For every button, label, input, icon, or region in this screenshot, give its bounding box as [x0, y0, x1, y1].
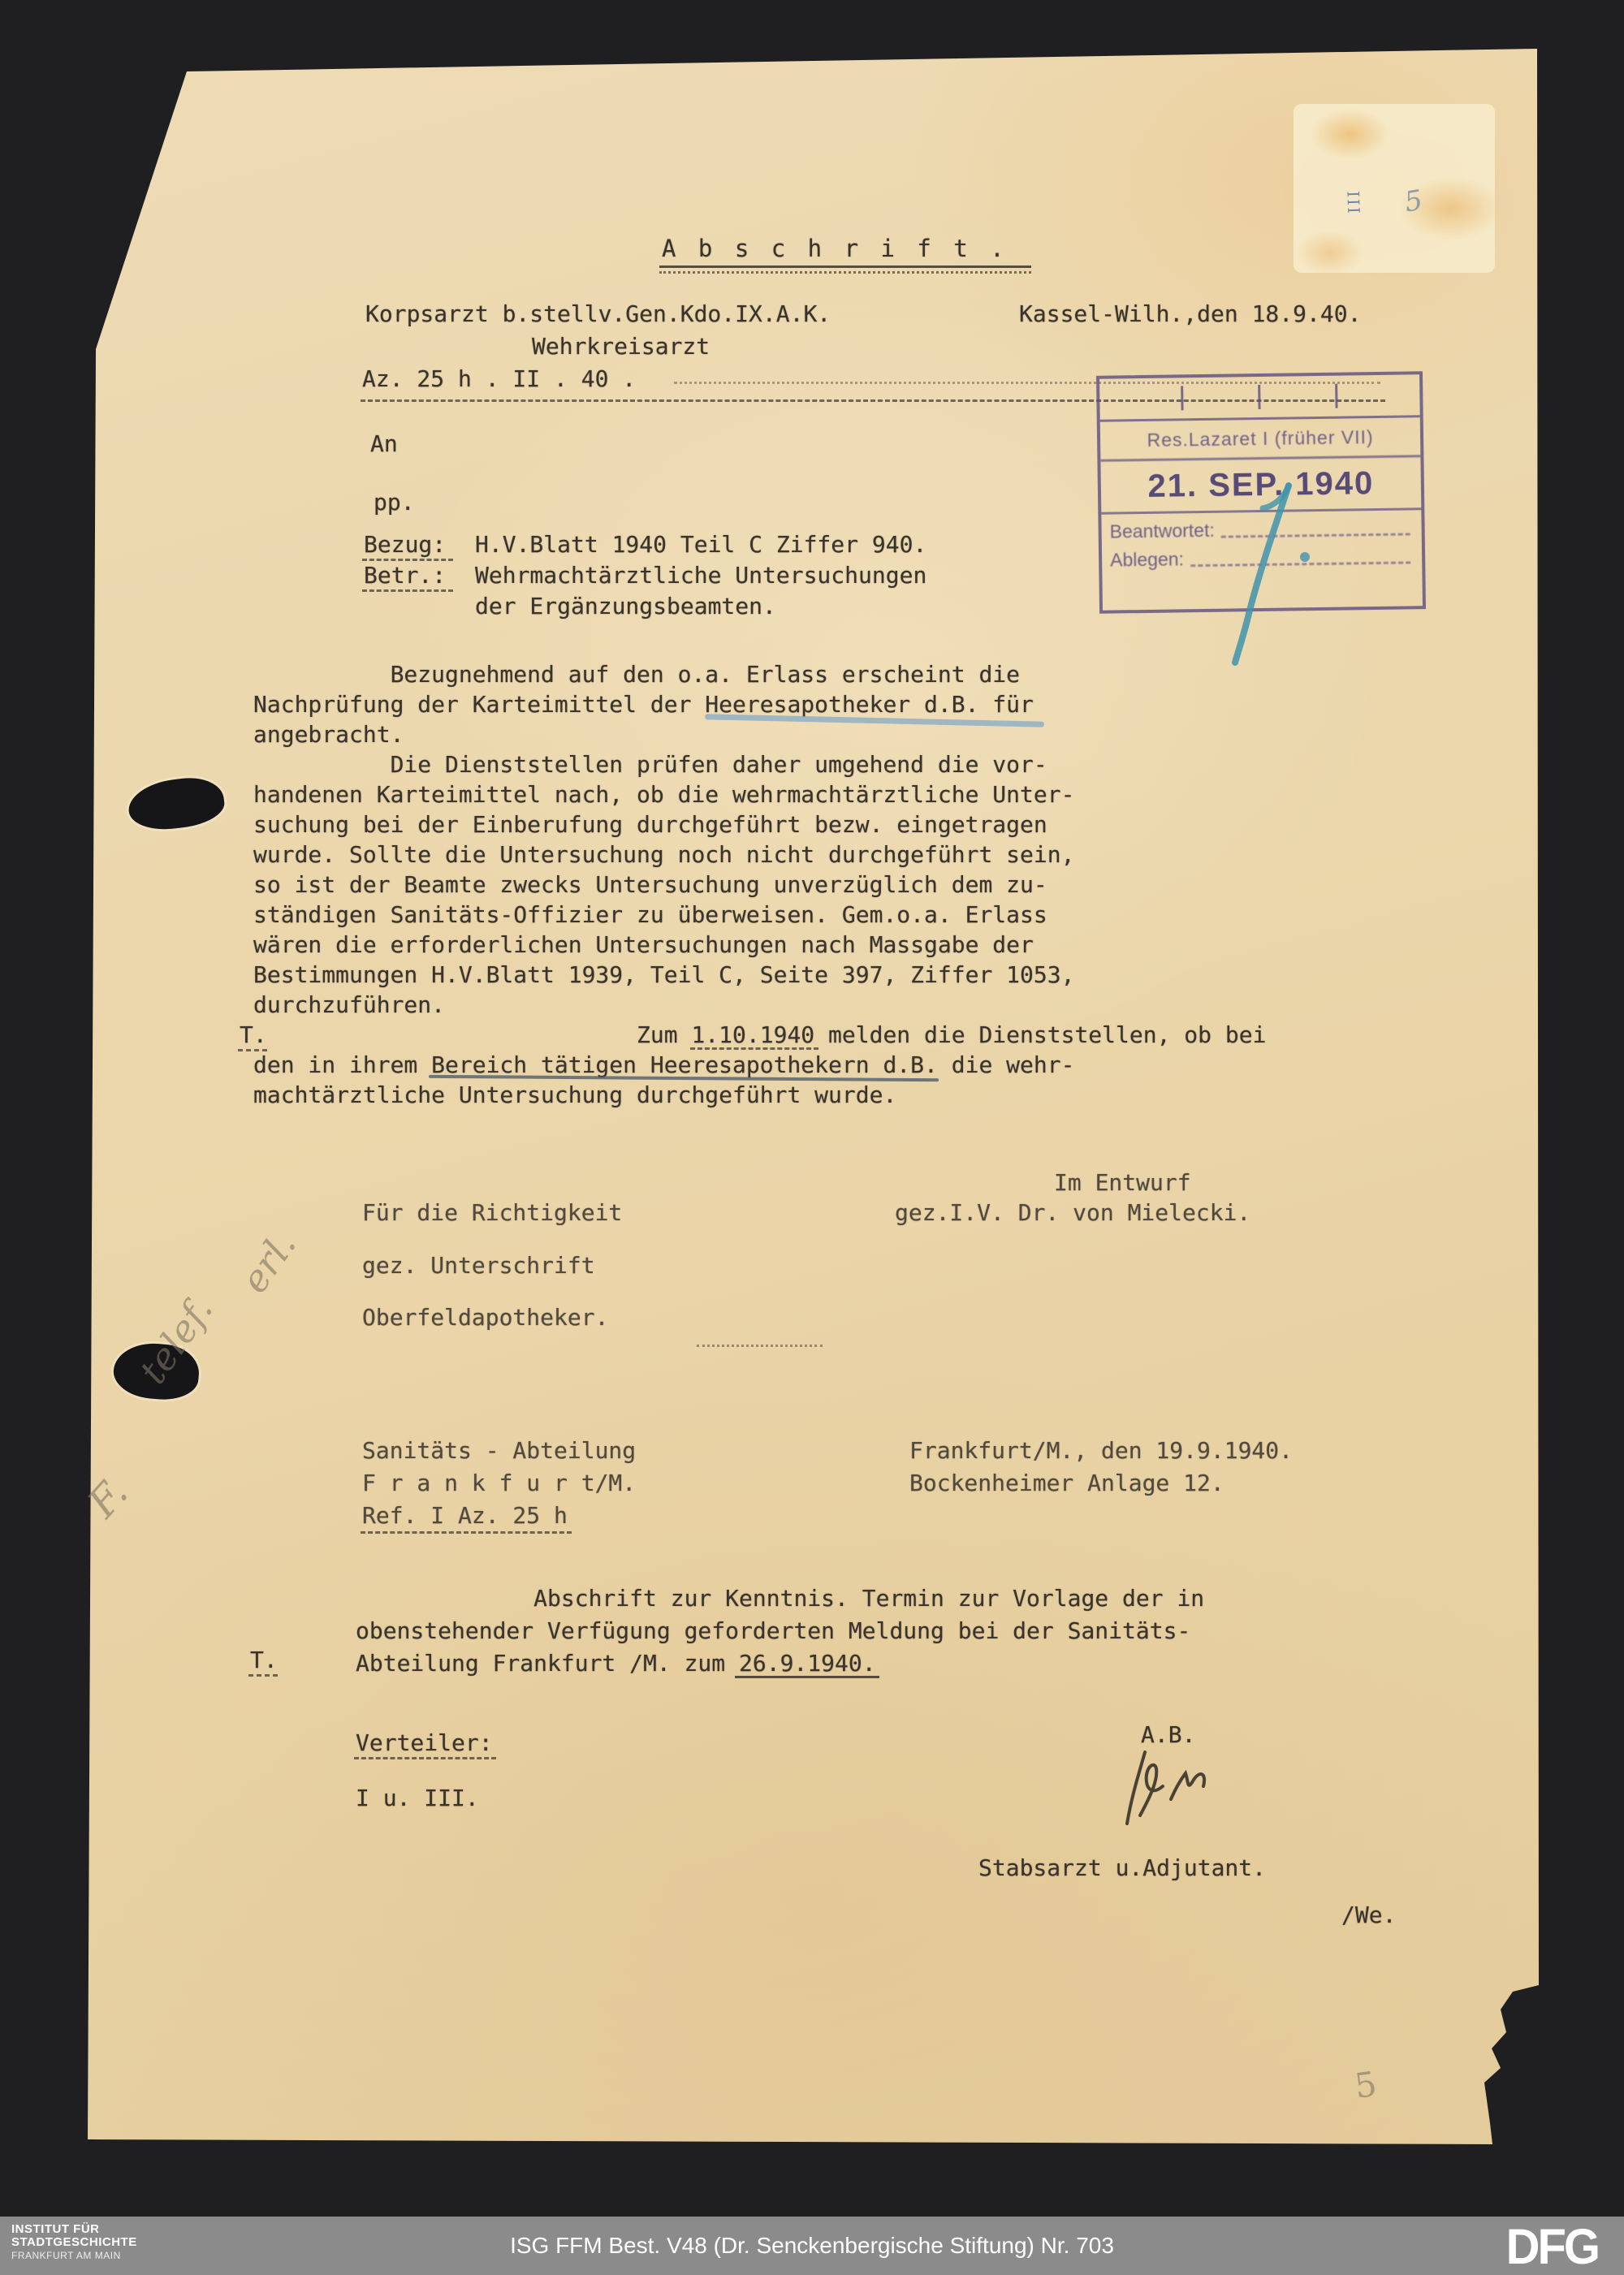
closing-rank: Stabsarzt u.Adjutant.	[978, 1853, 1266, 1883]
termin-date-underline	[735, 1676, 879, 1678]
stamp-ablegen-label: Ablegen:	[1110, 548, 1184, 571]
stamp-beantwortet-label: Beantwortet:	[1109, 520, 1215, 543]
tape-pencil-mark-lines: III	[1343, 191, 1363, 216]
body-line: Nachprüfung der Karteimittel der Heeresa…	[253, 689, 1034, 719]
betr-text2: der Ergänzungsbeamten.	[475, 591, 776, 621]
handwritten-signature	[1104, 1738, 1250, 1843]
verteiler-underline	[354, 1757, 496, 1759]
body-line: machtärztliche Untersuchung durchgeführt…	[253, 1080, 896, 1110]
margin-mark-2: T.	[250, 1645, 278, 1675]
verteiler-label: Verteiler:	[356, 1728, 493, 1758]
gez-mielecki-line: gez.I.V. Dr. von Mielecki.	[895, 1198, 1250, 1228]
body-line: Bezugnehmend auf den o.a. Erlass erschei…	[253, 659, 1020, 689]
archive-reference: ISG FFM Best. V48 (Dr. Senckenbergische …	[0, 2233, 1624, 2259]
stamp-unit-line: Res.Lazaret I (früher VII)	[1100, 417, 1421, 461]
header-office2: Wehrkreisarzt	[532, 331, 710, 361]
address-an: An	[370, 429, 398, 459]
richtigkeit-line: Für die Richtigkeit	[362, 1198, 622, 1228]
blue-pen-checkmark	[1214, 471, 1344, 666]
header-office: Korpsarzt b.stellv.Gen.Kdo.IX.A.K.	[365, 299, 831, 329]
body-line: den in ihrem Bereich tätigen Heeresapoth…	[253, 1050, 1074, 1080]
dept-line3: Ref. I Az. 25 h	[362, 1500, 568, 1530]
body-line: Bestimmungen H.V.Blatt 1939, Teil C, Sei…	[253, 960, 1074, 990]
archive-footer-bar: INSTITUT FÜR STADTGESCHICHTE FRANKFURT A…	[0, 2217, 1624, 2275]
closing-initials: /We.	[1341, 1900, 1396, 1930]
betr-label: Betr.:	[364, 560, 446, 590]
title-underline	[659, 265, 1031, 268]
stamp-tick-row	[1099, 374, 1420, 421]
body-line: suchung bei der Einberufung durchgeführt…	[253, 809, 1047, 840]
betr-text: Wehrmachtärztliche Untersuchungen	[475, 560, 926, 590]
entwurf-label: Im Entwurf	[1054, 1168, 1191, 1198]
stamp-tick	[1181, 386, 1183, 410]
bezug-text: H.V.Blatt 1940 Teil C Ziffer 940.	[475, 529, 926, 559]
dept-line1: Sanitäts - Abteilung	[362, 1435, 636, 1466]
dfg-logo: DFG	[1506, 2218, 1598, 2275]
margin-mark-1-underline	[238, 1049, 267, 1051]
verteiler-value: I u. III.	[356, 1783, 479, 1813]
document-title: A b s c h r i f t .	[662, 234, 1009, 264]
dept-line2: F r a n k f u r t/M.	[362, 1468, 636, 1498]
body-line: Zum 1.10.1940 melden die Dienststellen, …	[253, 1020, 1266, 1050]
body-line: ständigen Sanitäts-Offizier zu überweise…	[253, 900, 1047, 930]
body-line: so ist der Beamte zwecks Untersuchung un…	[253, 870, 1047, 900]
body-line: wurde. Sollte die Untersuchung noch nich…	[253, 840, 1074, 870]
dept-underline	[361, 1531, 572, 1534]
dotted-separator	[697, 1345, 823, 1347]
second-place-date: Frankfurt/M., den 19.9.1940.	[909, 1435, 1293, 1466]
body-line: wären die erforderlichen Untersuchungen …	[253, 930, 1034, 960]
body-line: angebracht.	[253, 719, 404, 749]
betr-underline	[362, 589, 453, 592]
body-line: Die Dienststellen prüfen daher umgehend …	[253, 749, 1047, 779]
second-street: Bockenheimer Anlage 12.	[909, 1468, 1224, 1498]
title-underline-2	[659, 271, 1031, 274]
second-para-line: Abteilung Frankfurt /M. zum 26.9.1940.	[356, 1648, 876, 1678]
bezug-label: Bezug:	[364, 529, 446, 559]
oberfeldapotheker-line: Oberfeldapotheker.	[362, 1302, 608, 1332]
date-underline	[690, 1047, 818, 1050]
margin-mark-2-underline	[248, 1674, 278, 1677]
second-para-line: Abschrift zur Kenntnis. Termin zur Vorla…	[356, 1583, 1204, 1613]
body-line: handenen Karteimittel nach, ob die wehrm…	[253, 779, 1074, 809]
tape-residue	[1294, 104, 1495, 273]
margin-mark-1: T.	[240, 1020, 267, 1050]
header-file-ref: Az. 25 h . II . 40 .	[362, 364, 636, 394]
gez-unterschrift-line: gez. Unterschrift	[362, 1250, 595, 1280]
scanned-document-view: III 5 A b s c h r i f t . Korpsarzt b.st…	[0, 0, 1624, 2275]
stamp-tick	[1258, 385, 1260, 409]
header-place-date: Kassel-Wilh.,den 18.9.40.	[1019, 299, 1361, 329]
stamp-tick	[1335, 384, 1337, 408]
body-line: durchzuführen.	[253, 990, 445, 1020]
address-pp: pp.	[374, 487, 415, 517]
second-para-line: obenstehender Verfügung geforderten Meld…	[356, 1616, 1190, 1646]
